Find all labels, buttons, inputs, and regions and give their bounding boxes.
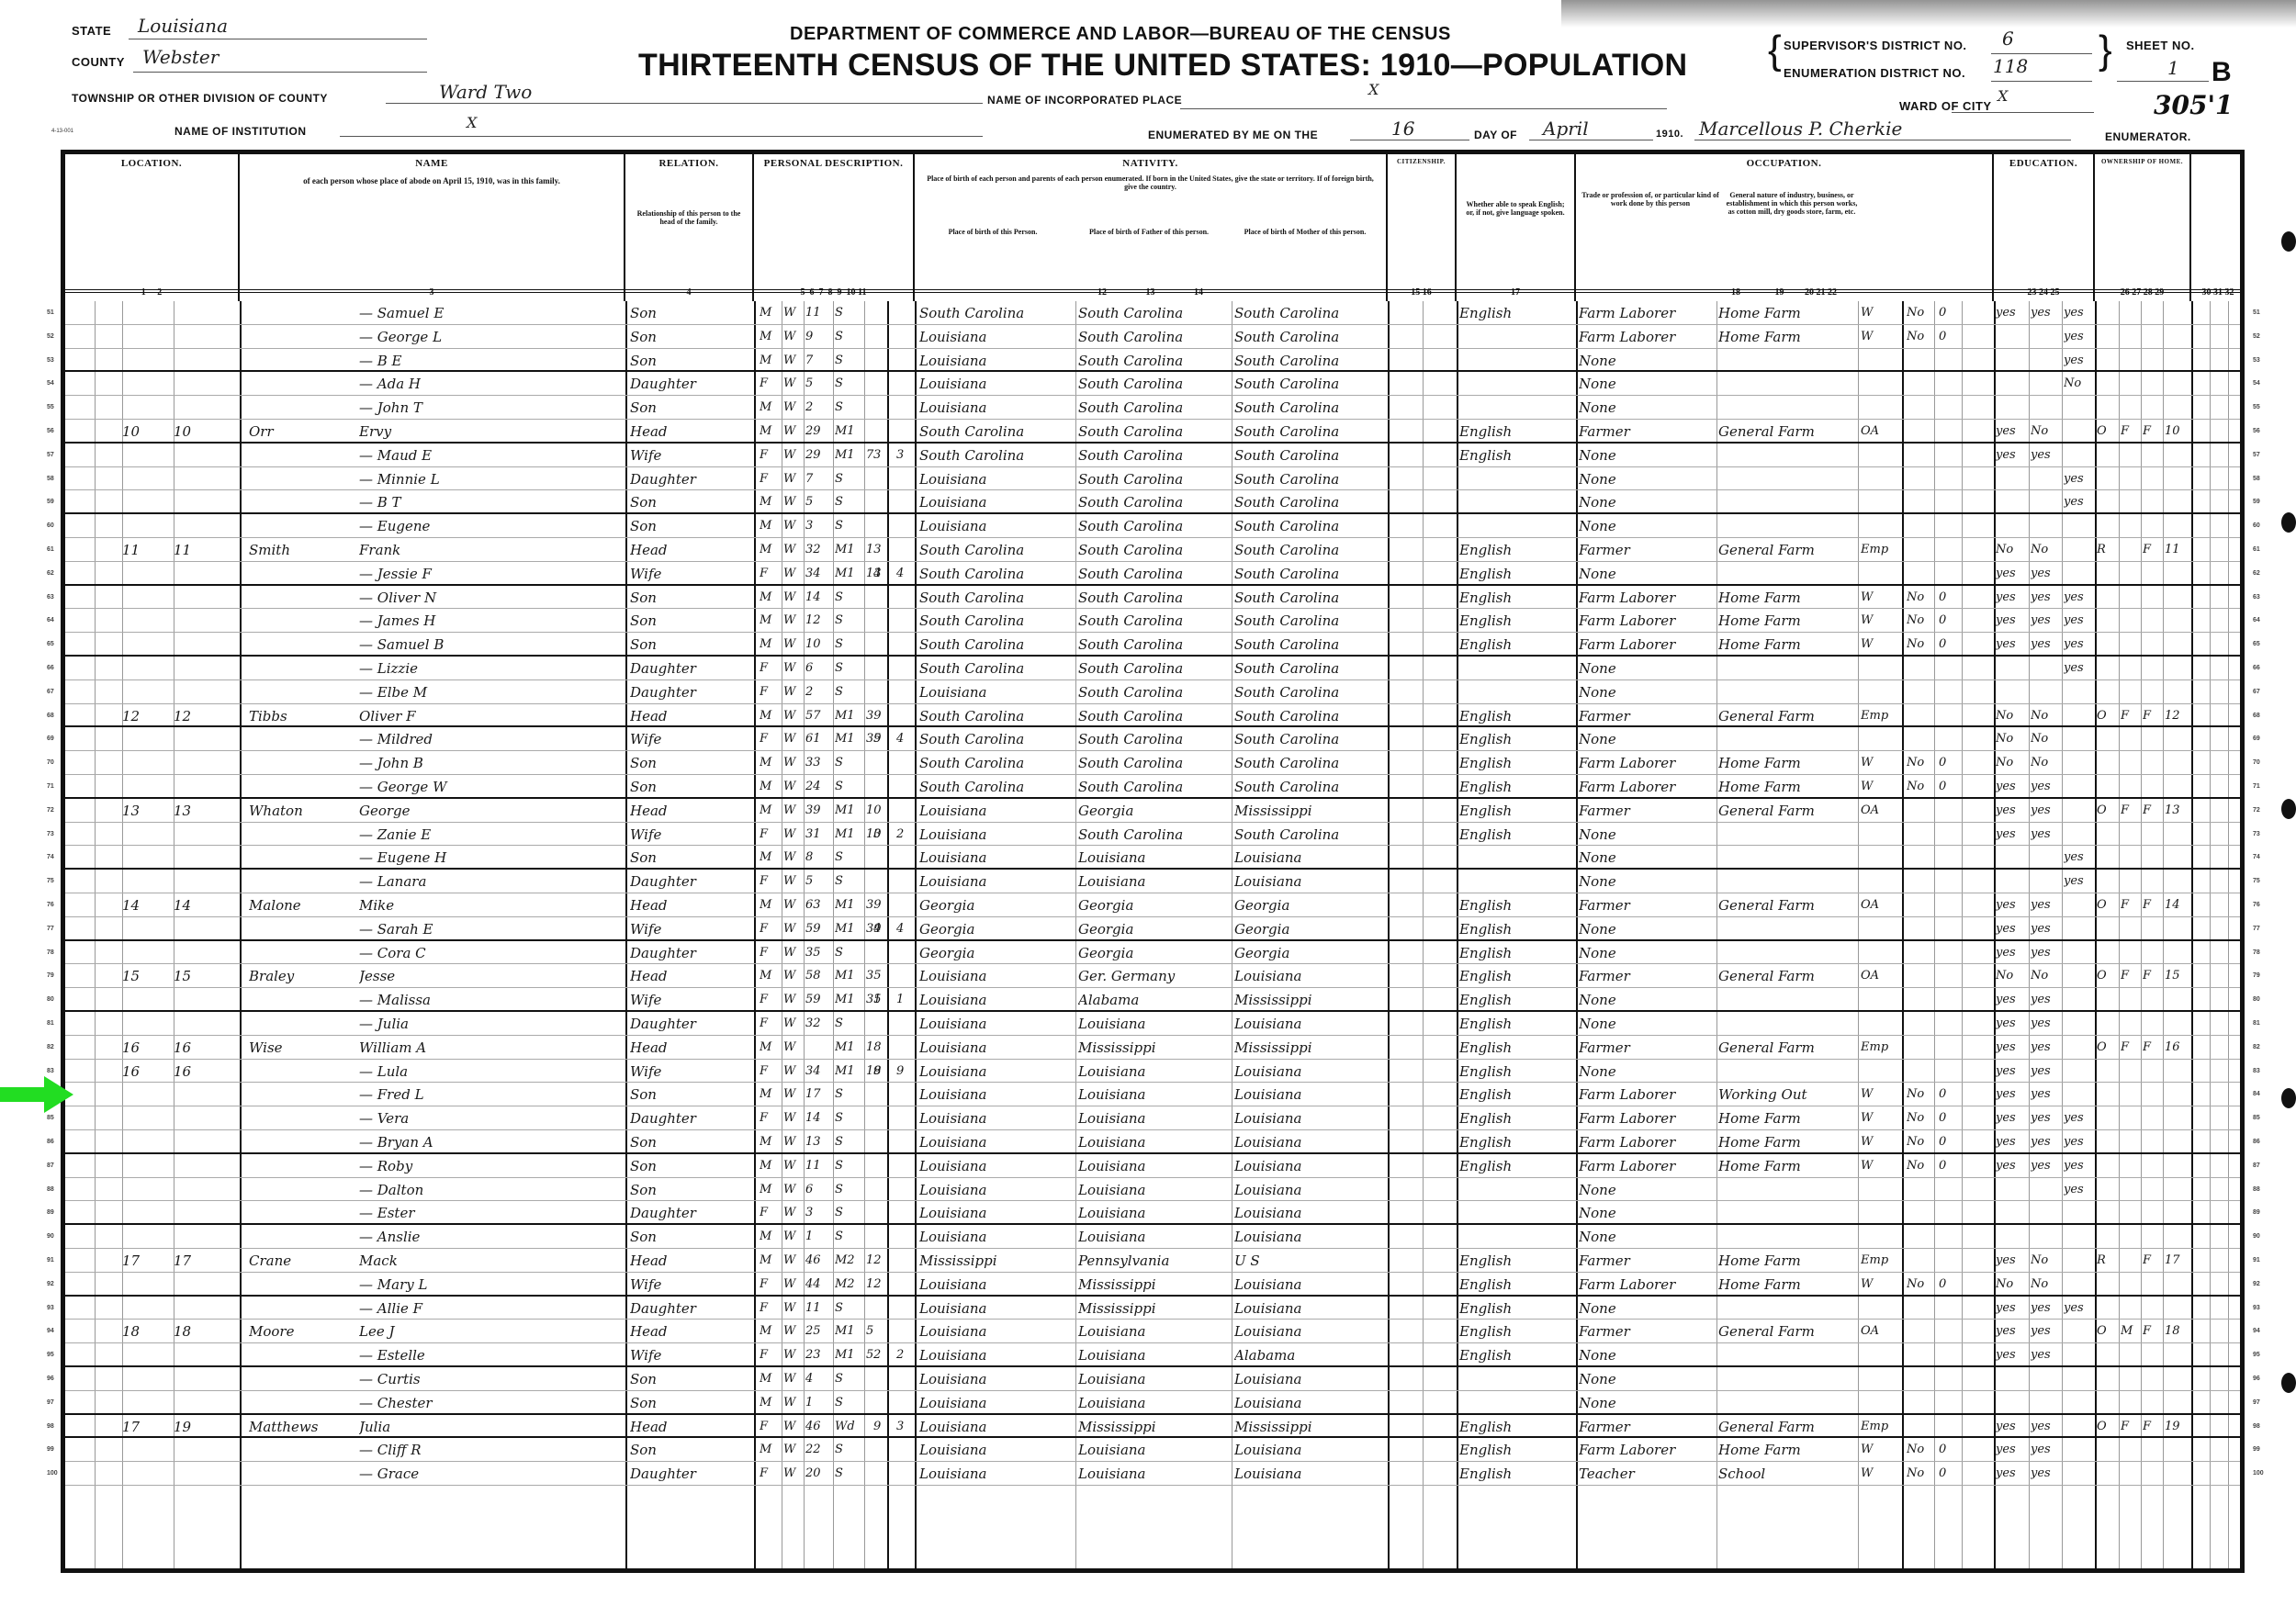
- age: 34: [805, 562, 833, 584]
- children-born: [873, 775, 894, 797]
- out-of-work: [1907, 1060, 1934, 1083]
- industry: [1718, 870, 1856, 893]
- children-living: [896, 1083, 917, 1106]
- family-number: [174, 1083, 199, 1106]
- owned-rented: O: [2097, 893, 2117, 916]
- birthplace-person: Louisiana: [919, 325, 1075, 348]
- can-read: [1996, 372, 2029, 395]
- children-born: [873, 846, 894, 868]
- children-born: [873, 1130, 894, 1152]
- line-number-right: 88: [2253, 1186, 2260, 1193]
- can-write: yes: [2031, 1106, 2064, 1129]
- birthplace-father: South Carolina: [1078, 490, 1232, 512]
- children-born: 1: [873, 988, 894, 1010]
- birthplace-father: South Carolina: [1078, 775, 1232, 797]
- can-write: yes: [2031, 941, 2064, 964]
- trade: Teacher: [1579, 1462, 1716, 1485]
- sex: F: [760, 372, 780, 395]
- trade: None: [1579, 1201, 1716, 1223]
- marital-status: M1: [835, 1036, 868, 1059]
- birthplace-father: South Carolina: [1078, 823, 1232, 846]
- dwelling-number: [122, 1438, 148, 1461]
- out-of-work: No: [1907, 609, 1934, 632]
- children-born: [873, 467, 894, 490]
- family-number: [174, 514, 199, 537]
- marital-status: S: [835, 490, 868, 512]
- can-write: [2031, 1178, 2064, 1201]
- language: [1459, 467, 1574, 490]
- birthplace-father: South Carolina: [1078, 633, 1232, 655]
- race: W: [783, 1106, 804, 1129]
- children-born: [873, 490, 894, 512]
- children-living: [896, 1438, 917, 1461]
- trade: None: [1579, 846, 1716, 868]
- children-born: 4: [873, 917, 894, 939]
- table-row: 5353— B ESonMW7SLouisianaSouth CarolinaS…: [65, 349, 2240, 373]
- marital-status: S: [835, 751, 868, 774]
- mortgage: [2121, 657, 2141, 679]
- relation: Head: [630, 420, 754, 442]
- surname: [249, 1106, 350, 1129]
- race: W: [783, 1438, 804, 1461]
- sheet-value: 1: [2167, 57, 2179, 79]
- relation: Son: [630, 1154, 754, 1177]
- dwelling-number: [122, 917, 148, 939]
- farm-or-house: [2143, 680, 2163, 703]
- surname: Crane: [249, 1249, 350, 1272]
- farm-or-house: [2143, 751, 2163, 774]
- can-write: [2031, 846, 2064, 868]
- industry: [1718, 396, 1856, 419]
- line-number: 56: [47, 428, 54, 434]
- children-living: 4: [896, 562, 917, 584]
- line-number-right: 77: [2253, 926, 2260, 932]
- surname: Orr: [249, 420, 350, 442]
- relation: Head: [630, 893, 754, 916]
- can-read: yes: [1996, 941, 2029, 964]
- sex: F: [760, 988, 780, 1010]
- age: 1: [805, 1225, 833, 1248]
- mortgage: [2121, 1083, 2141, 1106]
- birthplace-mother: South Carolina: [1234, 396, 1386, 419]
- industry: [1718, 1178, 1856, 1201]
- can-read: yes: [1996, 1154, 2029, 1177]
- farm-or-house: [2143, 586, 2163, 609]
- marital-status: S: [835, 1438, 868, 1461]
- children-born: [873, 1225, 894, 1248]
- family-number: [174, 633, 199, 655]
- race: W: [783, 799, 804, 822]
- age: 59: [805, 988, 833, 1010]
- age: 7: [805, 349, 833, 371]
- owned-rented: [2097, 1273, 2117, 1295]
- farm-or-house: [2143, 941, 2163, 964]
- birthplace-person: Louisiana: [919, 1178, 1075, 1201]
- farm-schedule: [2165, 586, 2190, 609]
- birthplace-father: Louisiana: [1078, 1391, 1232, 1413]
- weeks-out: [1939, 1249, 1962, 1272]
- surname: [249, 657, 350, 679]
- owned-rented: [2097, 727, 2117, 750]
- line-number: 58: [47, 476, 54, 482]
- birthplace-person: South Carolina: [919, 586, 1075, 609]
- line-number-right: 99: [2253, 1446, 2260, 1453]
- industry: Home Farm: [1718, 1154, 1856, 1177]
- table-row: 5454— Ada HDaughterFW5SLouisianaSouth Ca…: [65, 372, 2240, 396]
- farm-schedule: [2165, 444, 2190, 466]
- marital-status: S: [835, 301, 868, 324]
- weeks-out: [1939, 514, 1962, 537]
- age: 33: [805, 751, 833, 774]
- attended-school: [2064, 1225, 2097, 1248]
- race: W: [783, 633, 804, 655]
- out-of-work: No: [1907, 1083, 1934, 1106]
- sex: M: [760, 538, 780, 561]
- weeks-out: 0: [1939, 1130, 1962, 1152]
- out-of-work: [1907, 396, 1934, 419]
- children-living: [896, 1462, 917, 1485]
- language: English: [1459, 444, 1574, 466]
- birthplace-mother: Louisiana: [1234, 1106, 1386, 1129]
- birthplace-father: Mississippi: [1078, 1297, 1232, 1320]
- relation: Son: [630, 301, 754, 324]
- trade: Farm Laborer: [1579, 1273, 1716, 1295]
- industry: Working Out: [1718, 1083, 1856, 1106]
- out-of-work: [1907, 1320, 1934, 1342]
- relation: Wife: [630, 1343, 754, 1365]
- out-of-work: No: [1907, 1130, 1934, 1152]
- race: W: [783, 893, 804, 916]
- employer-status: OA: [1861, 799, 1902, 822]
- mortgage: [2121, 514, 2141, 537]
- age: 5: [805, 490, 833, 512]
- race: W: [783, 420, 804, 442]
- dwelling-number: [122, 1462, 148, 1485]
- employer-status: [1861, 680, 1902, 703]
- relation: Son: [630, 775, 754, 797]
- col-name: NAMEof each person whose place of abode …: [240, 154, 625, 301]
- language: English: [1459, 704, 1574, 726]
- employer-status: [1861, 917, 1902, 939]
- attended-school: yes: [2064, 467, 2097, 490]
- birthplace-father: Mississippi: [1078, 1415, 1232, 1437]
- sex: M: [760, 1154, 780, 1177]
- language: [1459, 349, 1574, 371]
- employer-status: W: [1861, 301, 1902, 324]
- employer-status: W: [1861, 633, 1902, 655]
- marital-status: M1: [835, 538, 868, 561]
- attended-school: [2064, 917, 2097, 939]
- children-living: [896, 941, 917, 964]
- attended-school: [2064, 893, 2097, 916]
- weeks-out: [1939, 893, 1962, 916]
- can-write: No: [2031, 751, 2064, 774]
- age: 12: [805, 609, 833, 632]
- birthplace-father: Louisiana: [1078, 1178, 1232, 1201]
- employer-status: W: [1861, 1462, 1902, 1485]
- age: 32: [805, 1012, 833, 1035]
- dwelling-number: [122, 514, 148, 537]
- attended-school: [2064, 420, 2097, 442]
- given-name: — Samuel E: [359, 301, 616, 324]
- line-number: 54: [47, 380, 54, 387]
- surname: [249, 396, 350, 419]
- trade: Farmer: [1579, 799, 1716, 822]
- mortgage: [2121, 1225, 2141, 1248]
- farm-schedule: [2165, 609, 2190, 632]
- mortgage: [2121, 1178, 2141, 1201]
- line-number-right: 86: [2253, 1139, 2260, 1145]
- race: W: [783, 751, 804, 774]
- birthplace-mother: Louisiana: [1234, 1297, 1386, 1320]
- surname: [249, 1060, 350, 1083]
- relation: Son: [630, 1130, 754, 1152]
- children-living: 3: [896, 444, 917, 466]
- table-row: 5757— Maud EWifeFW29M1733South CarolinaS…: [65, 444, 2240, 467]
- farm-schedule: [2165, 633, 2190, 655]
- birthplace-person: Louisiana: [919, 514, 1075, 537]
- mortgage: [2121, 988, 2141, 1010]
- age: 11: [805, 1297, 833, 1320]
- birthplace-father: Louisiana: [1078, 1367, 1232, 1390]
- surname: [249, 514, 350, 537]
- weeks-out: [1939, 1343, 1962, 1365]
- supervisor-label: SUPERVISOR'S DISTRICT NO.: [1784, 39, 1967, 52]
- children-born: [873, 1012, 894, 1035]
- table-row: 72721313WhatonGeorgeHeadMW39M110Louisian…: [65, 799, 2240, 823]
- relation: Wife: [630, 917, 754, 939]
- trade: Farm Laborer: [1579, 751, 1716, 774]
- given-name: — Dalton: [359, 1178, 616, 1201]
- birthplace-person: Georgia: [919, 941, 1075, 964]
- given-name: Lee J: [359, 1320, 616, 1342]
- family-number: [174, 372, 199, 395]
- language: English: [1459, 1273, 1574, 1295]
- can-write: [2031, 372, 2064, 395]
- farm-or-house: [2143, 396, 2163, 419]
- dwelling-number: [122, 325, 148, 348]
- dwelling-number: 17: [122, 1415, 148, 1437]
- age: 2: [805, 680, 833, 703]
- surname: [249, 467, 350, 490]
- marital-status: S: [835, 1154, 868, 1177]
- surname: [249, 751, 350, 774]
- children-born: 9: [873, 1415, 894, 1437]
- trade: Farm Laborer: [1579, 775, 1716, 797]
- dwelling-number: [122, 1130, 148, 1152]
- sex: M: [760, 893, 780, 916]
- farm-schedule: [2165, 396, 2190, 419]
- incorporated-value: X: [1368, 81, 1379, 98]
- children-living: [896, 1178, 917, 1201]
- relation: Daughter: [630, 680, 754, 703]
- attended-school: [2064, 396, 2097, 419]
- enumerated-month: April: [1543, 118, 1589, 140]
- can-read: [1996, 846, 2029, 868]
- given-name: — George L: [359, 325, 616, 348]
- dwelling-number: 10: [122, 420, 148, 442]
- employer-status: OA: [1861, 893, 1902, 916]
- surname: [249, 941, 350, 964]
- owned-rented: O: [2097, 420, 2117, 442]
- marital-status: M1: [835, 964, 868, 987]
- attended-school: yes: [2064, 633, 2097, 655]
- birthplace-mother: Mississippi: [1234, 1415, 1386, 1437]
- sex: M: [760, 396, 780, 419]
- employer-status: W: [1861, 586, 1902, 609]
- employer-status: [1861, 396, 1902, 419]
- language: English: [1459, 1083, 1574, 1106]
- line-number-right: 62: [2253, 570, 2260, 577]
- birthplace-father: South Carolina: [1078, 467, 1232, 490]
- race: W: [783, 775, 804, 797]
- can-write: yes: [2031, 1060, 2064, 1083]
- surname: [249, 1130, 350, 1152]
- age: [805, 1036, 833, 1059]
- mortgage: F: [2121, 964, 2141, 987]
- out-of-work: No: [1907, 1462, 1934, 1485]
- birthplace-father: Louisiana: [1078, 846, 1232, 868]
- family-number: 12: [174, 704, 199, 726]
- marital-status: S: [835, 325, 868, 348]
- marital-status: M1: [835, 444, 868, 466]
- race: W: [783, 538, 804, 561]
- surname: Moore: [249, 1320, 350, 1342]
- dwelling-number: [122, 586, 148, 609]
- language: [1459, 325, 1574, 348]
- race: W: [783, 941, 804, 964]
- attended-school: [2064, 704, 2097, 726]
- mortgage: [2121, 1249, 2141, 1272]
- weeks-out: 0: [1939, 609, 1962, 632]
- given-name: — Estelle: [359, 1343, 616, 1365]
- children-living: [896, 467, 917, 490]
- birthplace-mother: Louisiana: [1234, 964, 1386, 987]
- mortgage: [2121, 301, 2141, 324]
- table-row: 5252— George LSonMW9SLouisianaSouth Caro…: [65, 325, 2240, 349]
- owned-rented: [2097, 823, 2117, 846]
- table-row: 5858— Minnie LDaughterFW7SLouisianaSouth…: [65, 467, 2240, 491]
- relation: Daughter: [630, 870, 754, 893]
- county-label: COUNTY: [72, 55, 125, 69]
- given-name: William A: [359, 1036, 616, 1059]
- farm-or-house: [2143, 1154, 2163, 1177]
- relation: Son: [630, 751, 754, 774]
- sex: F: [760, 444, 780, 466]
- owned-rented: [2097, 562, 2117, 584]
- attended-school: [2064, 562, 2097, 584]
- birthplace-mother: Louisiana: [1234, 870, 1386, 893]
- attended-school: [2064, 823, 2097, 846]
- farm-schedule: [2165, 1462, 2190, 1485]
- weeks-out: [1939, 1178, 1962, 1201]
- can-read: yes: [1996, 1462, 2029, 1485]
- sheet-label: SHEET NO.: [2126, 39, 2195, 52]
- industry: Home Farm: [1718, 751, 1856, 774]
- surname: [249, 562, 350, 584]
- farm-schedule: 10: [2165, 420, 2190, 442]
- birthplace-father: South Carolina: [1078, 609, 1232, 632]
- employer-status: W: [1861, 1083, 1902, 1106]
- age: 5: [805, 870, 833, 893]
- can-read: [1996, 870, 2029, 893]
- sex: M: [760, 775, 780, 797]
- owned-rented: O: [2097, 964, 2117, 987]
- race: W: [783, 1320, 804, 1342]
- mortgage: [2121, 467, 2141, 490]
- birthplace-person: Louisiana: [919, 1083, 1075, 1106]
- table-row: 79791515BraleyJesseHeadMW58M135Louisiana…: [65, 964, 2240, 988]
- can-read: yes: [1996, 1415, 2029, 1437]
- owned-rented: [2097, 1083, 2117, 1106]
- dwelling-number: [122, 846, 148, 868]
- weeks-out: [1939, 1012, 1962, 1035]
- trade: None: [1579, 562, 1716, 584]
- line-number-right: 82: [2253, 1044, 2260, 1050]
- industry: Home Farm: [1718, 301, 1856, 324]
- farm-or-house: [2143, 1012, 2163, 1035]
- attended-school: [2064, 514, 2097, 537]
- children-born: [873, 396, 894, 419]
- birthplace-person: South Carolina: [919, 301, 1075, 324]
- owned-rented: [2097, 609, 2117, 632]
- birthplace-person: South Carolina: [919, 562, 1075, 584]
- marital-status: S: [835, 633, 868, 655]
- relation: Son: [630, 1367, 754, 1390]
- mortgage: [2121, 562, 2141, 584]
- marital-status: M1: [835, 727, 868, 750]
- owned-rented: [2097, 1391, 2117, 1413]
- line-number: 64: [47, 617, 54, 623]
- owned-rented: [2097, 1106, 2117, 1129]
- birthplace-person: Louisiana: [919, 1130, 1075, 1152]
- age: 11: [805, 301, 833, 324]
- table-row: 6363— Oliver NSonMW14SSouth CarolinaSout…: [65, 586, 2240, 610]
- birthplace-mother: Louisiana: [1234, 1438, 1386, 1461]
- children-born: [873, 372, 894, 395]
- mortgage: [2121, 751, 2141, 774]
- children-born: [873, 325, 894, 348]
- farm-schedule: [2165, 1343, 2190, 1365]
- age: 46: [805, 1249, 833, 1272]
- mortgage: [2121, 609, 2141, 632]
- trade: Farmer: [1579, 1249, 1716, 1272]
- birthplace-mother: Louisiana: [1234, 1391, 1386, 1413]
- dwelling-number: [122, 1297, 148, 1320]
- relation: Wife: [630, 727, 754, 750]
- trade: None: [1579, 1012, 1716, 1035]
- birthplace-person: Louisiana: [919, 799, 1075, 822]
- family-number: [174, 1106, 199, 1129]
- line-number-right: 78: [2253, 949, 2260, 956]
- attended-school: [2064, 1320, 2097, 1342]
- can-read: [1996, 467, 2029, 490]
- line-number: 83: [47, 1068, 54, 1074]
- given-name: — Vera: [359, 1106, 616, 1129]
- farm-or-house: [2143, 609, 2163, 632]
- table-row: 5959— B TSonMW5SLouisianaSouth CarolinaS…: [65, 490, 2240, 514]
- farm-schedule: [2165, 1391, 2190, 1413]
- children-born: [873, 799, 894, 822]
- given-name: — Lula: [359, 1060, 616, 1083]
- surname: [249, 1367, 350, 1390]
- trade: None: [1579, 657, 1716, 679]
- children-born: [873, 870, 894, 893]
- farm-or-house: F: [2143, 538, 2163, 561]
- punch-hole: [2281, 1088, 2296, 1108]
- farm-schedule: [2165, 775, 2190, 797]
- birthplace-father: Pennsylvania: [1078, 1249, 1232, 1272]
